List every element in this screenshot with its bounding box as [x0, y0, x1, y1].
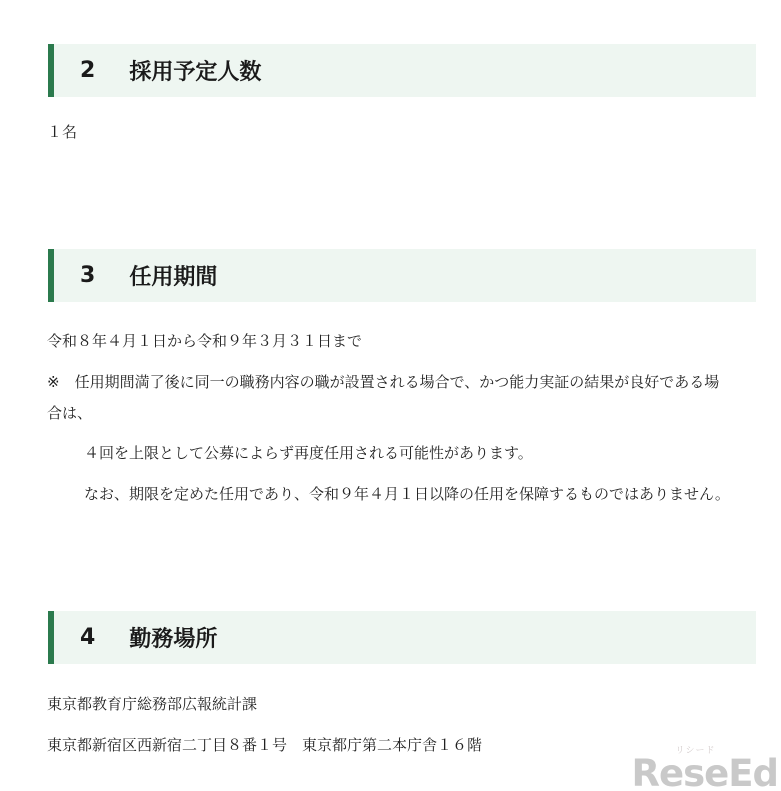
section-header-work-location: 4 勤務場所	[48, 611, 756, 664]
reseed-logo: ReseEd	[632, 752, 778, 791]
office-address-text: 東京都新宿区西新宿二丁目８番１号 東京都庁第二本庁舎１６階	[47, 736, 482, 755]
note-text-line-3: ４回を上限として公募によらず再度任用される可能性があります。	[84, 444, 533, 463]
section-title: 任用期間	[129, 260, 217, 291]
employment-period-text: 令和８年４月１日から令和９年３月３１日まで	[47, 332, 362, 351]
watermark-ruby-text: リシード	[676, 747, 716, 756]
reseed-watermark: リシード ReseEd	[632, 755, 778, 791]
section-number: 2	[80, 58, 95, 83]
section-header-employment-period: 3 任用期間	[48, 249, 756, 302]
note-text-line-2: 合は、	[47, 404, 92, 423]
office-name-text: 東京都教育庁総務部広報統計課	[47, 695, 257, 714]
recruit-count-text: １名	[47, 123, 77, 142]
document-page: 2 採用予定人数 １名 3 任用期間 令和８年４月１日から令和９年３月３１日まで…	[0, 0, 781, 791]
note-text-line-4: なお、期限を定めた任用であり、令和９年４月１日以降の任用を保障するものではありま…	[84, 485, 730, 504]
section-number: 4	[80, 625, 95, 650]
note-text-line-1: ※ 任用期間満了後に同一の職務内容の職が設置される場合で、かつ能力実証の結果が良…	[47, 373, 719, 392]
section-title: 勤務場所	[129, 622, 217, 653]
section-number: 3	[80, 263, 95, 288]
section-title: 採用予定人数	[129, 55, 261, 86]
section-header-recruit-count: 2 採用予定人数	[48, 44, 756, 97]
